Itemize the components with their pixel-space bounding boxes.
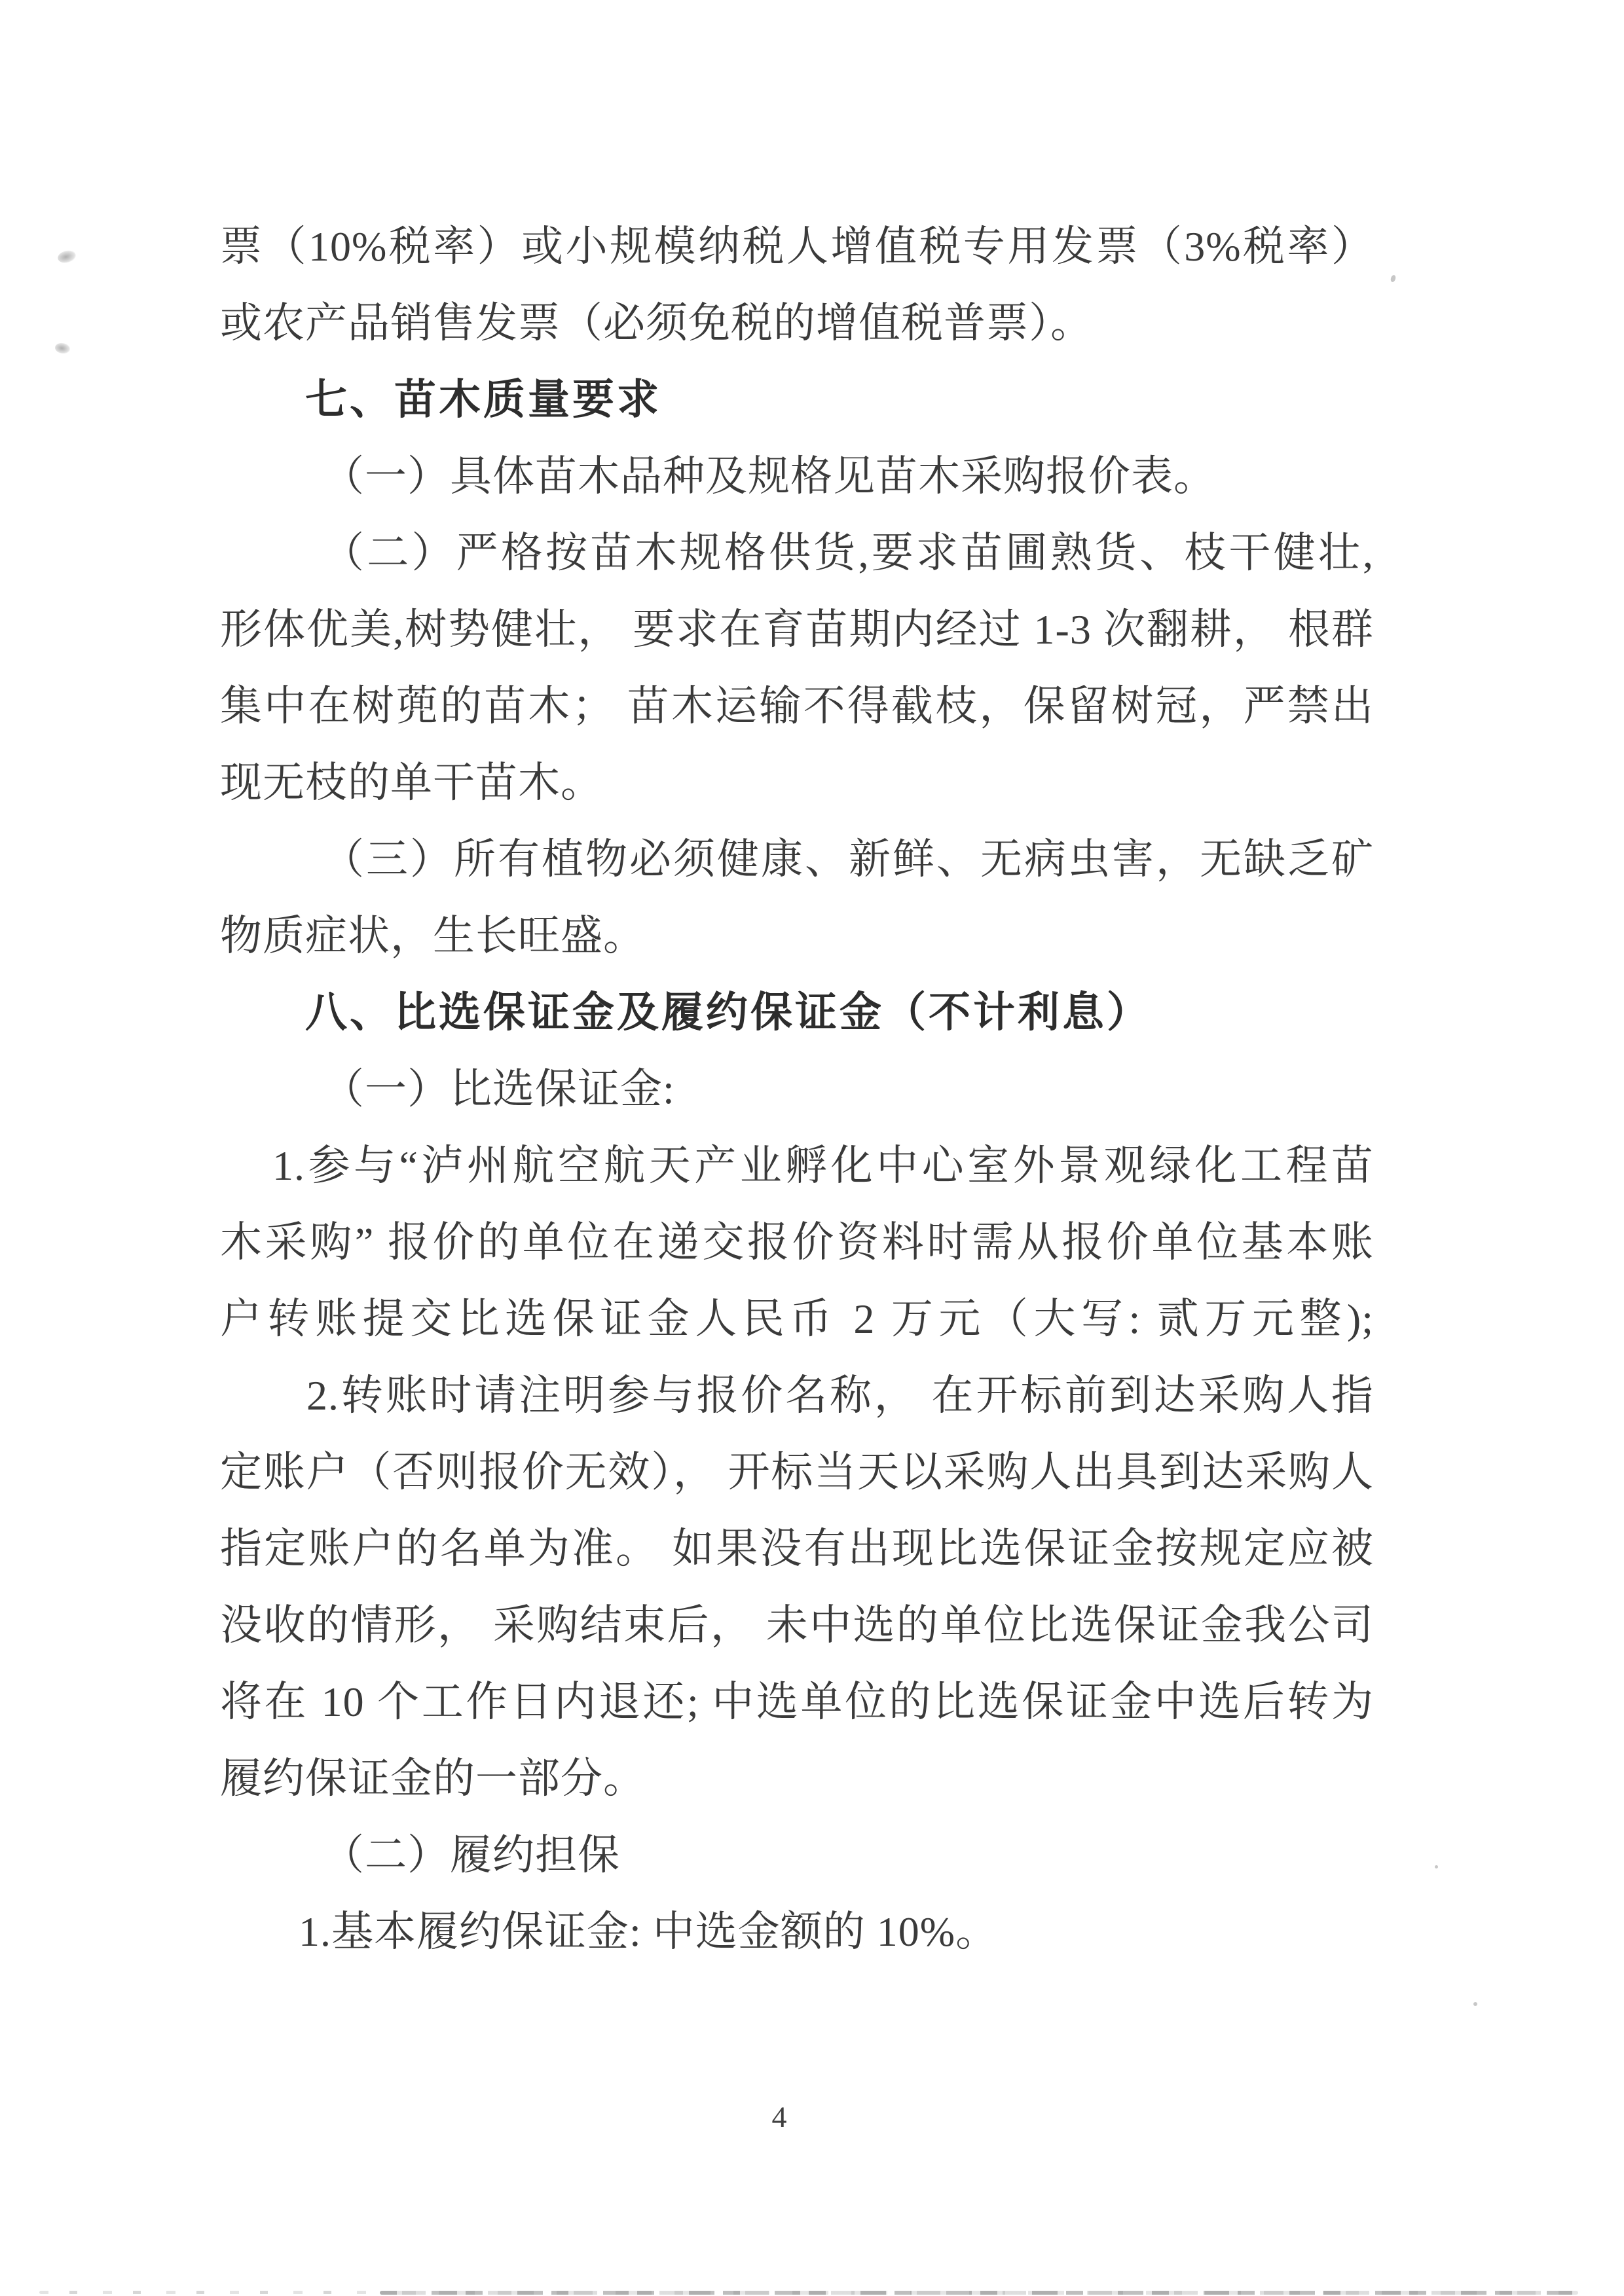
text-line: 物质症状，生长旺盛。 (220, 898, 1374, 974)
scan-smudge (54, 342, 71, 354)
text-line: 指定账户的名单为准。 如果没有出现比选保证金按规定应被 (220, 1510, 1374, 1587)
text-line: 将在 10 个工作日内退还; 中选单位的比选保证金中选后转为 (220, 1664, 1374, 1740)
text-line: （三）所有植物必须健康、新鲜、无病虫害，无缺乏矿 (322, 821, 1374, 898)
text-line: 1.基本履约保证金: 中选金额的 10%。 (299, 1893, 1374, 1970)
section-7-heading: 七、苗木质量要求 (305, 361, 1374, 438)
text-line: （一）比选保证金: (322, 1051, 1374, 1127)
text-line: 户转账提交比选保证金人民币 2 万元（大写: 贰万元整); (220, 1281, 1374, 1357)
text-line: 集中在树蔸的苗木； 苗木运输不得截枝，保留树冠，严禁出 (220, 668, 1374, 744)
text-line: 木采购” 报价的单位在递交报价资料时需从报价单位基本账 (220, 1204, 1374, 1281)
text-line: 没收的情形， 采购结束后， 未中选的单位比选保证金我公司 (220, 1587, 1374, 1664)
text-line: 现无枝的单干苗木。 (220, 744, 1374, 821)
text-line: （一）具体苗木品种及规格见苗木采购报价表。 (322, 438, 1374, 515)
text-line: 定账户（否则报价无效）， 开标当天以采购人出具到达采购人 (220, 1434, 1374, 1510)
text-line: 2.转账时请注明参与报价名称， 在开标前到达采购人指 (306, 1357, 1374, 1434)
text-line: 或农产品销售发票（必须免税的增值税普票）。 (220, 285, 1374, 361)
scan-speck (1390, 274, 1396, 283)
scan-noise-band (39, 2291, 380, 2294)
text-line: 票（10%税率）或小规模纳税人增值税专用发票（3%税率） (220, 208, 1374, 285)
page-footer: 4 (0, 2098, 1559, 2137)
scan-noise-band (380, 2291, 1578, 2295)
scan-speck (1435, 1865, 1438, 1868)
section-8-heading: 八、比选保证金及履约保证金（不计利息） (305, 974, 1374, 1051)
document-body: 票（10%税率）或小规模纳税人增值税专用发票（3%税率） 或农产品销售发票（必须… (220, 208, 1374, 1970)
text-line: 履约保证金的一部分。 (220, 1740, 1374, 1817)
text-line: 1.参与“泸州航空航天产业孵化中心室外景观绿化工程苗 (272, 1127, 1374, 1204)
text-line: 形体优美,树势健壮， 要求在育苗期内经过 1-3 次翻耕， 根群 (220, 591, 1374, 668)
page-number: 4 (772, 2100, 787, 2134)
document-page: 票（10%税率）或小规模纳税人增值税专用发票（3%税率） 或农产品销售发票（必须… (0, 0, 1624, 2296)
text-line: （二）履约担保 (322, 1817, 1374, 1893)
text-line: （二）严格按苗木规格供货,要求苗圃熟货、枝干健壮, (322, 515, 1374, 591)
scan-smudge (56, 249, 77, 264)
scan-speck (1473, 2002, 1477, 2006)
